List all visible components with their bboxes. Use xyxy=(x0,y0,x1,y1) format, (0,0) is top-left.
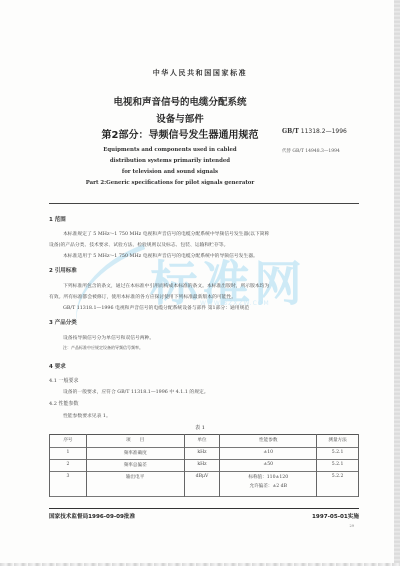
cell-method: 5.2.2 xyxy=(317,472,359,497)
cell-unit: kHz xyxy=(184,460,220,472)
param-tolerance: 允许偏差：±2 dB xyxy=(221,483,315,489)
table-caption: 表 1 xyxy=(0,424,400,431)
section-4-2-text: 性能参数要求见表 1。 xyxy=(63,412,111,419)
english-title-line-3: for television and sound signals xyxy=(60,169,280,175)
cell-method: 5.2.1 xyxy=(317,448,359,460)
table-row: 2 频率总偏差 kHz ±50 5.2.1 xyxy=(50,460,359,472)
section-2-reference: GB/T 11318.1—1996 电视和声音信号的电缆分配系统设备与部件 第1… xyxy=(63,304,249,311)
section-4-1-text: 设备的一般要求，应符合 GB/T 11318.1—1996 中 4.1.1 的规… xyxy=(63,388,209,395)
section-2-para-2: 有效。所有标准都会被修订，使用本标准的各方应探讨使用下列标准最新版本的可能性。 xyxy=(49,293,236,300)
col-header-item: 项 目 xyxy=(86,435,184,448)
cell-param: 标称值：110±120 允许偏差：±2 dB xyxy=(220,472,317,497)
cell-param: ±10 xyxy=(220,448,317,460)
col-header-unit: 单位 xyxy=(184,435,220,448)
scan-edge xyxy=(394,0,400,566)
standard-prefix: GB/T xyxy=(282,128,299,135)
page-number: 29 xyxy=(350,524,354,528)
footer-divider xyxy=(49,508,359,509)
cell-no: 3 xyxy=(50,472,87,497)
english-title-line-4: Part 2:Generic specifications for pilot … xyxy=(60,180,280,186)
cell-no: 1 xyxy=(50,448,87,460)
section-1-para-1: 本标准规定了 5 MHz～1 750 MHz 电视和声音信号的电缆分配系统中导频… xyxy=(63,230,269,237)
section-3-heading: 3 产品分类 xyxy=(49,318,77,326)
cell-unit: dBμV xyxy=(184,472,220,497)
title-line-1: 电视和声音信号的电缆分配系统 xyxy=(40,94,320,108)
title-line-2: 设备与部件 xyxy=(40,111,320,125)
cell-method: 5.2.1 xyxy=(317,460,359,472)
section-4-1-heading: 4.1 一般要求 xyxy=(49,377,79,384)
title-line-3: 第2部分：导频信号发生器通用规范 xyxy=(40,126,320,141)
header-divider xyxy=(49,203,359,204)
approval-date: 国家技术监督局1996-09-09批准 xyxy=(49,512,135,520)
section-1-para-3: 本标准适用于 5 MHz～1 750 MHz 电视和声音信号的电缆分配系统中的导… xyxy=(63,252,258,259)
english-title-line-1: Equipments and components used in cabled xyxy=(60,147,280,153)
standard-code: 11318.2—1996 xyxy=(301,128,347,135)
param-nominal: 标称值：110±120 xyxy=(221,474,315,480)
table-row: 1 频率准确度 kHz ±10 5.2.1 xyxy=(50,448,359,460)
cell-no: 2 xyxy=(50,460,87,472)
section-3-note: 注：产品标准中应规定设备的导频信号频率。 xyxy=(63,345,143,351)
col-header-no: 序号 xyxy=(50,435,87,448)
table-row: 3 输出电平 dBμV 标称值：110±120 允许偏差：±2 dB 5.2.2 xyxy=(50,472,359,497)
english-title-line-2: distribution systems primarily intended xyxy=(60,158,280,164)
spec-table: 序号 项 目 单位 性能参数 测量方法 1 频率准确度 kHz ±10 5.2.… xyxy=(49,434,359,497)
section-4-2-heading: 4.2 性能参数 xyxy=(49,400,79,407)
standard-number: GB/T 11318.2—1996 xyxy=(282,128,347,135)
section-3-para-1: 设备按导频信号分为单信号和双信号两种。 xyxy=(63,334,154,341)
effective-date: 1997-05-01实施 xyxy=(312,512,359,520)
cell-param: ±50 xyxy=(220,460,317,472)
col-header-param: 性能参数 xyxy=(220,435,317,448)
cell-item: 输出电平 xyxy=(86,472,184,497)
section-2-heading: 2 引用标准 xyxy=(49,266,77,274)
section-1-para-2: 设备)的产品分类、技术要求、试验方法、检验规则以及标志、包装、运输和贮存等。 xyxy=(49,241,228,248)
section-2-para-1: 下列标准所包含的条文，通过在本标准中引用而构成本标准的条文。本标准出版时，所示版… xyxy=(63,282,269,289)
section-4-heading: 4 要求 xyxy=(49,362,66,370)
table-header-row: 序号 项 目 单位 性能参数 测量方法 xyxy=(50,435,359,448)
replaces-standard: 代替 GB/T 14948.3—1994 xyxy=(282,148,340,154)
national-standard-label: 中华人民共和国国家标准 xyxy=(0,68,400,78)
cell-unit: kHz xyxy=(184,448,220,460)
col-header-method: 测量方法 xyxy=(317,435,359,448)
cell-item: 频率准确度 xyxy=(86,448,184,460)
cell-item: 频率总偏差 xyxy=(86,460,184,472)
section-1-heading: 1 范围 xyxy=(49,215,66,223)
